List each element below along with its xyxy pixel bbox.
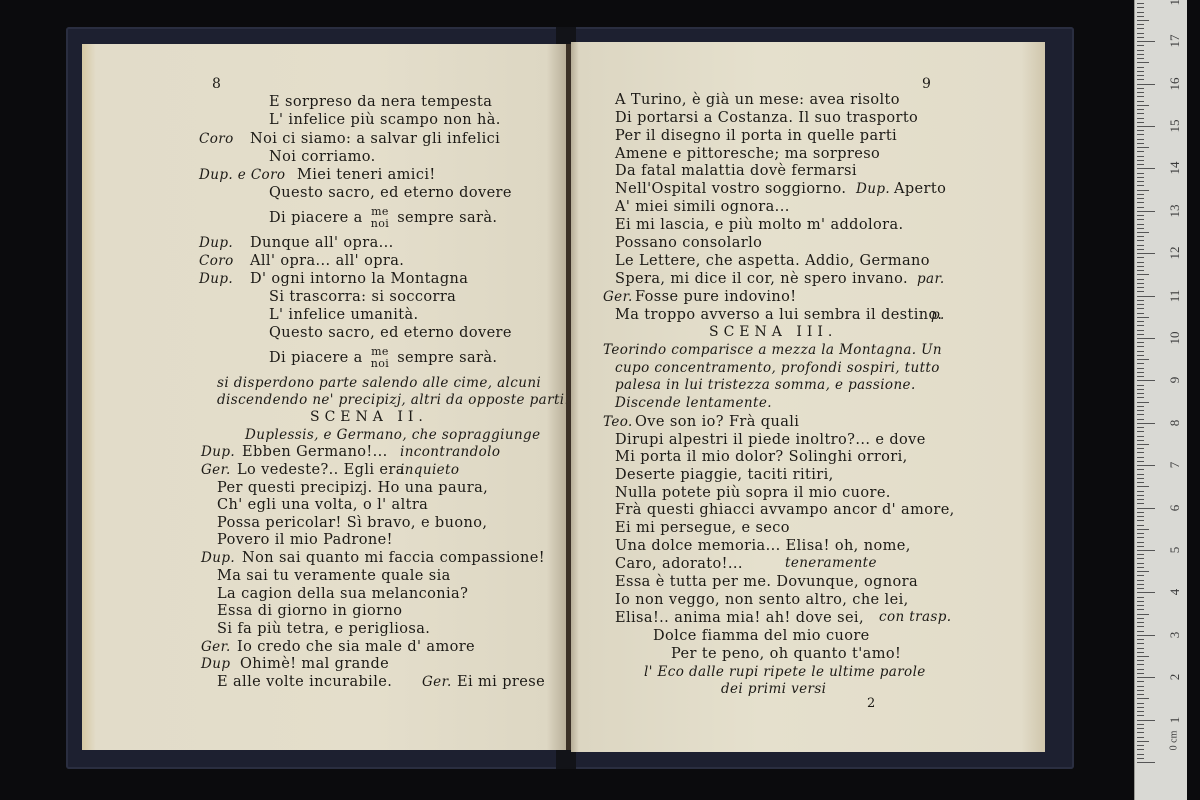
ruler-tick [1137, 130, 1144, 131]
verse-line: Aperto [894, 180, 946, 198]
ruler-tick [1137, 168, 1155, 169]
ruler-tick [1137, 207, 1144, 208]
ruler-number: 12 [1167, 243, 1183, 263]
speaker-label: Ger. [603, 288, 633, 306]
verse-line: Ove son io? Frà quali [635, 413, 799, 431]
ruler-tick [1137, 41, 1155, 42]
ruler-tick [1137, 3, 1144, 4]
ruler-number: 4 [1167, 582, 1183, 602]
ruler-tick [1137, 20, 1149, 21]
ruler-tick [1137, 389, 1144, 390]
ruler-tick [1137, 105, 1149, 106]
ruler-tick [1137, 741, 1149, 742]
ruler-tick [1137, 525, 1144, 526]
ruler-tick [1137, 185, 1144, 186]
ruler-tick [1137, 431, 1144, 432]
ruler-tick [1137, 372, 1144, 373]
verse-text: Di piacere a [269, 350, 363, 366]
verse-line: Io non veggo, non sento altro, che lei, [615, 591, 909, 609]
page-number: 9 [922, 76, 931, 92]
ruler-tick [1137, 7, 1144, 8]
ruler-tick [1137, 24, 1144, 25]
ruler-tick [1137, 448, 1144, 449]
ruler-tick [1137, 402, 1149, 403]
ruler-tick [1137, 266, 1144, 267]
stage-direction: inquieto [400, 461, 459, 479]
verse-line: Questo sacro, ed eterno dovere [269, 324, 512, 342]
ruler-tick [1137, 520, 1144, 521]
verse-line: Ei mi lascia, e più molto m' addolora. [615, 216, 904, 234]
ruler-tick [1137, 151, 1144, 152]
ruler-tick [1137, 232, 1149, 233]
ruler-tick [1137, 635, 1155, 636]
ruler-tick [1137, 533, 1144, 534]
ruler-tick [1137, 101, 1144, 102]
ruler-tick [1137, 728, 1144, 729]
ruler-tick [1137, 444, 1149, 445]
ruler-tick [1137, 601, 1144, 602]
ruler-tick [1137, 558, 1144, 559]
ruler-tick [1137, 537, 1144, 538]
ruler-number: 8 [1167, 413, 1183, 433]
ruler-tick [1137, 296, 1155, 297]
ruler-tick [1137, 465, 1155, 466]
ruler-tick [1137, 457, 1144, 458]
verse-line: L' infelice umanità. [269, 306, 419, 324]
page-number: 8 [212, 76, 221, 92]
speaker-label: Dup. [856, 180, 890, 198]
ruler-tick [1137, 690, 1144, 691]
ruler-tick [1137, 745, 1144, 746]
ruler-tick [1137, 707, 1144, 708]
verse-line: Caro, adorato!... [615, 555, 743, 573]
ruler-tick [1137, 380, 1155, 381]
ruler-tick [1137, 67, 1144, 68]
ruler-tick [1137, 423, 1155, 424]
right-page: 9 A Turino, è già un mese: avea risolto … [571, 42, 1045, 752]
verse-line: Le Lettere, che aspetta. Addio, Germano [615, 252, 930, 270]
signature-mark: 2 [867, 696, 875, 711]
ruler-number: 13 [1167, 201, 1183, 221]
ruler-tick [1137, 571, 1149, 572]
ruler-tick [1137, 126, 1155, 127]
ruler-tick [1137, 287, 1144, 288]
ruler-tick [1137, 614, 1149, 615]
ruler-tick [1137, 363, 1144, 364]
verse-line: Ebben Germano!... [242, 443, 388, 461]
verse-line: Una dolce memoria... Elisa! oh, nome, [615, 537, 911, 555]
ruler-tick [1137, 330, 1144, 331]
ruler-tick [1137, 321, 1144, 322]
verse-line: Io credo che sia male d' amore [237, 638, 475, 656]
speaker-label: Dup. [201, 549, 235, 567]
ruler-number: 3 [1167, 625, 1183, 645]
verse-line: Ma sai tu veramente quale sia [217, 567, 451, 585]
stage-direction: Teorindo comparisce a mezza la Montagna.… [603, 341, 942, 359]
stage-direction: palesa in lui tristezza somma, e passion… [615, 376, 916, 394]
ruler-unit-label: 0 cm [1169, 726, 1180, 756]
verse-line: Ch' egli una volta, o l' altra [217, 496, 428, 514]
verse-line: Da fatal malattia dovè fermarsi [615, 162, 857, 180]
verse-line: Di portarsi a Costanza. Il suo trasporto [615, 109, 918, 127]
ruler-number: 9 [1167, 370, 1183, 390]
ruler-tick [1137, 143, 1144, 144]
verse-line: Si trascorra: si soccorra [269, 288, 456, 306]
ruler-tick [1137, 211, 1155, 212]
verse-line: Possa pericolar! Sì bravo, e buono, [217, 514, 487, 532]
ruler-tick [1137, 92, 1144, 93]
ruler-tick [1137, 139, 1144, 140]
ruler-tick [1137, 274, 1149, 275]
ruler-tick [1137, 338, 1155, 339]
ruler-tick [1137, 240, 1144, 241]
ruler-tick [1137, 546, 1144, 547]
ruler-tick [1137, 491, 1144, 492]
ruler-tick [1137, 215, 1144, 216]
verse-line: Fosse pure indovino! [635, 288, 797, 306]
verse-line: E alle volte incurabile. [217, 673, 392, 691]
ruler-tick [1137, 669, 1144, 670]
ruler-tick [1137, 631, 1144, 632]
speaker-label: Dup. [199, 234, 233, 252]
verse-line: A' miei simili ognora... [615, 198, 790, 216]
stage-direction: p. [931, 306, 945, 324]
ruler-tick [1137, 452, 1144, 453]
ruler-tick [1137, 33, 1144, 34]
ruler-tick [1137, 317, 1149, 318]
ruler-tick [1137, 495, 1144, 496]
ruler-tick [1137, 300, 1144, 301]
ruler-tick [1137, 677, 1155, 678]
measuring-ruler: 0 cm 123456789101112131415161718 [1134, 0, 1187, 800]
ruler-tick [1137, 588, 1144, 589]
ruler-tick [1137, 406, 1144, 407]
ruler-tick [1137, 181, 1144, 182]
verse-line: Si fa più tetra, e perigliosa. [217, 620, 430, 638]
verse-text: Di piacere a [269, 210, 363, 226]
verse-line: Amene e pittoresche; ma sorpreso [615, 145, 880, 163]
ruler-tick [1137, 270, 1144, 271]
ruler-tick [1137, 508, 1155, 509]
ruler-tick [1137, 758, 1144, 759]
ruler-tick [1137, 516, 1144, 517]
scene-heading: SCENA II. [310, 408, 428, 426]
ruler-tick [1137, 219, 1144, 220]
verse-line: Per il disegno il porta in quelle parti [615, 127, 897, 145]
ruler-tick [1137, 156, 1144, 157]
ruler-tick [1137, 279, 1144, 280]
verse-line: Lo vedeste?.. Egli era [237, 461, 405, 479]
ruler-tick [1137, 584, 1144, 585]
ruler-tick [1137, 84, 1155, 85]
ruler-number: 14 [1167, 158, 1183, 178]
ruler-tick [1137, 118, 1144, 119]
verse-line: Essa è tutta per me. Dovunque, ognora [615, 573, 918, 591]
fraction: menoi [371, 206, 389, 230]
speaker-label: Dup. [199, 270, 233, 288]
ruler-tick [1137, 410, 1144, 411]
ruler-tick [1137, 563, 1144, 564]
ruler-tick [1137, 257, 1144, 258]
speaker-label: Dup. [201, 443, 235, 461]
ruler-number: 11 [1167, 286, 1183, 306]
ruler-tick [1137, 79, 1144, 80]
ruler-tick [1137, 160, 1144, 161]
ruler-tick [1137, 134, 1144, 135]
ruler-tick [1137, 58, 1144, 59]
ruler-tick [1137, 88, 1144, 89]
ruler-tick [1137, 737, 1144, 738]
ruler-tick [1137, 720, 1155, 721]
speaker-label: Coro [199, 252, 234, 270]
ruler-tick [1137, 622, 1144, 623]
ruler-tick [1137, 652, 1144, 653]
ruler-tick [1137, 605, 1144, 606]
ruler-tick [1137, 664, 1144, 665]
ruler-tick [1137, 503, 1144, 504]
ruler-tick [1137, 724, 1144, 725]
verse-line: Dolce fiamma del mio cuore [653, 627, 870, 645]
verse-line: Ohimè! mal grande [240, 655, 389, 673]
verse-line: Povero il mio Padrone! [217, 531, 393, 549]
verse-line: Elisa!.. anima mia! ah! dove sei, [615, 609, 864, 627]
verse-text: sempre sarà. [397, 210, 497, 226]
ruler-number: 1 [1167, 710, 1183, 730]
ruler-tick [1137, 686, 1144, 687]
verse-line: Noi corriamo. [269, 148, 376, 166]
ruler-tick [1137, 313, 1144, 314]
ruler-tick [1137, 592, 1155, 593]
stage-direction: dei primi versi [721, 680, 826, 698]
ruler-tick [1137, 37, 1144, 38]
ruler-tick [1137, 419, 1144, 420]
speaker-label: Teo. [603, 413, 633, 431]
stage-direction: cupo concentramento, profondi sospiri, t… [615, 359, 940, 377]
ruler-tick [1137, 393, 1144, 394]
ruler-tick [1137, 529, 1149, 530]
ruler-tick [1137, 28, 1144, 29]
verse-line: Essa di giorno in giorno [217, 602, 402, 620]
ruler-tick [1137, 749, 1144, 750]
ruler-tick [1137, 346, 1144, 347]
ruler-tick [1137, 397, 1144, 398]
speaker-label: Ger. [422, 673, 452, 691]
ruler-tick [1137, 16, 1144, 17]
ruler-tick [1137, 698, 1149, 699]
ruler-tick [1137, 660, 1144, 661]
ruler-tick [1137, 50, 1144, 51]
ruler-tick [1137, 550, 1155, 551]
ruler-tick [1137, 486, 1149, 487]
ruler-tick [1137, 351, 1144, 352]
ruler-number: 5 [1167, 540, 1183, 560]
ruler-tick [1137, 436, 1144, 437]
ruler-tick [1137, 236, 1144, 237]
ruler-tick [1137, 711, 1144, 712]
ruler-tick [1137, 291, 1144, 292]
ruler-tick [1137, 224, 1144, 225]
verse-line: All' opra... all' opra. [250, 252, 404, 270]
fraction: menoi [371, 346, 389, 370]
ruler-tick [1137, 554, 1144, 555]
ruler-tick [1137, 474, 1144, 475]
ruler-number: 17 [1167, 31, 1183, 51]
ruler-tick [1137, 368, 1144, 369]
stage-direction: Duplessis, e Germano, che sopraggiunge [245, 426, 540, 444]
ruler-tick [1137, 626, 1144, 627]
ruler-tick [1137, 673, 1144, 674]
verse-line: Nell'Ospital vostro soggiorno. [615, 180, 846, 198]
verse-line: Deserte piaggie, taciti ritiri, [615, 466, 834, 484]
ruler-tick [1137, 147, 1149, 148]
ruler-tick [1137, 62, 1149, 63]
speaker-label: Coro [199, 130, 234, 148]
verse-line: Dunque all' opra... [250, 234, 394, 252]
ruler-tick [1137, 567, 1144, 568]
ruler-tick [1137, 681, 1144, 682]
ruler-tick [1137, 190, 1149, 191]
stage-direction: con trasp. [879, 608, 951, 626]
ruler-tick [1137, 580, 1144, 581]
verse-line: Mi porta il mio dolor? Solinghi orrori, [615, 448, 908, 466]
verse-text: sempre sarà. [397, 350, 497, 366]
verse-line: A Turino, è già un mese: avea risolto [615, 91, 900, 109]
ruler-tick [1137, 597, 1144, 598]
ruler-tick [1137, 512, 1144, 513]
left-page: 8 E sorpreso da nera tempesta L' infelic… [82, 44, 566, 750]
ruler-tick [1137, 253, 1155, 254]
speaker-label: Ger. [201, 638, 231, 656]
ruler-tick [1137, 542, 1144, 543]
ruler-tick [1137, 461, 1144, 462]
ruler-tick [1137, 54, 1144, 55]
ruler-tick [1137, 648, 1144, 649]
stage-direction: si disperdono parte salendo alle cime, a… [217, 374, 541, 392]
stage-direction: teneramente [785, 554, 877, 572]
ruler-tick [1137, 262, 1144, 263]
ruler-tick [1137, 715, 1144, 716]
ruler-tick [1137, 177, 1144, 178]
ruler-tick [1137, 376, 1144, 377]
verse-line: Per questi precipizj. Ho una paura, [217, 479, 488, 497]
ruler-tick [1137, 656, 1149, 657]
stage-direction: Discende lentamente. [615, 394, 772, 412]
ruler-tick [1137, 639, 1144, 640]
ruler-tick [1137, 762, 1155, 763]
scene-heading: SCENA III. [709, 323, 837, 341]
ruler-tick [1137, 334, 1144, 335]
ruler-tick [1137, 202, 1144, 203]
ruler-tick [1137, 732, 1144, 733]
ruler-tick [1137, 245, 1144, 246]
ruler-tick [1137, 359, 1149, 360]
ruler-tick [1137, 643, 1144, 644]
speaker-label: Dup [201, 655, 230, 673]
ruler-tick [1137, 304, 1144, 305]
ruler-tick [1137, 71, 1144, 72]
ruler-tick [1137, 308, 1144, 309]
ruler-number: 10 [1167, 328, 1183, 348]
stage-direction: incontrandolo [400, 443, 500, 461]
speaker-label: Ger. [201, 461, 231, 479]
verse-line: Di piacere a menoi sempre sarà. [269, 206, 497, 230]
stage-direction: par. [917, 270, 945, 288]
verse-line: Ei mi persegue, e seco [615, 519, 790, 537]
verse-line: D' ogni intorno la Montagna [250, 270, 468, 288]
verse-line: Spera, mi dice il cor, nè spero invano. [615, 270, 908, 288]
ruler-tick [1137, 427, 1144, 428]
ruler-tick [1137, 96, 1144, 97]
verse-line: Ma troppo avverso a lui sembra il destin… [615, 306, 942, 324]
ruler-tick [1137, 325, 1144, 326]
ruler-number: 6 [1167, 498, 1183, 518]
ruler-tick [1137, 228, 1144, 229]
ruler-tick [1137, 694, 1144, 695]
verse-line: Per te peno, oh quanto t'amo! [671, 645, 901, 663]
ruler-tick [1137, 478, 1144, 479]
ruler-tick [1137, 754, 1144, 755]
ruler-tick [1137, 703, 1144, 704]
ruler-tick [1137, 12, 1144, 13]
ruler-tick [1137, 355, 1144, 356]
verse-line: Noi ci siamo: a salvar gli infelici [250, 130, 500, 148]
stage-direction: discendendo ne' precipizj, altri da oppo… [217, 391, 569, 409]
ruler-tick [1137, 173, 1144, 174]
ruler-tick [1137, 342, 1144, 343]
ruler-tick [1137, 109, 1144, 110]
verse-line: E sorpreso da nera tempesta [269, 93, 492, 111]
verse-line: La cagion della sua melanconia? [217, 585, 468, 603]
ruler-tick [1137, 414, 1144, 415]
verse-line: Di piacere a menoi sempre sarà. [269, 346, 497, 370]
ruler-number: 15 [1167, 116, 1183, 136]
verse-line: L' infelice più scampo non hà. [269, 111, 501, 129]
speaker-label: Dup. e Coro [199, 166, 285, 184]
frac-bottom: noi [371, 217, 389, 230]
verse-line: Dirupi alpestri il piede inoltro?... e d… [615, 431, 926, 449]
ruler-tick [1137, 469, 1144, 470]
ruler-tick [1137, 499, 1144, 500]
ruler-tick [1137, 283, 1144, 284]
ruler-tick [1137, 122, 1144, 123]
ruler-tick [1137, 198, 1144, 199]
ruler-tick [1137, 45, 1144, 46]
ruler-tick [1137, 440, 1144, 441]
ruler-tick [1137, 113, 1144, 114]
ruler-tick [1137, 385, 1144, 386]
ruler-number: 7 [1167, 455, 1183, 475]
verse-line: Ei mi prese [457, 673, 545, 691]
verse-line: Miei teneri amici! [297, 166, 436, 184]
ruler-number: 18 [1167, 0, 1183, 9]
verse-line: Possano consolarlo [615, 234, 762, 252]
ruler-tick [1137, 164, 1144, 165]
verse-line: Questo sacro, ed eterno dovere [269, 184, 512, 202]
verse-line: Non sai quanto mi faccia compassione! [242, 549, 545, 567]
frac-bottom: noi [371, 357, 389, 370]
ruler-tick [1137, 194, 1144, 195]
ruler-tick [1137, 609, 1144, 610]
verse-line: Frà questi ghiacci avvampo ancor d' amor… [615, 501, 955, 519]
verse-line: Nulla potete più sopra il mio cuore. [615, 484, 891, 502]
ruler-tick [1137, 482, 1144, 483]
stage-direction: l' Eco dalle rupi ripete le ultime parol… [644, 663, 926, 681]
ruler-tick [1137, 75, 1144, 76]
ruler-tick [1137, 249, 1144, 250]
ruler-number: 2 [1167, 667, 1183, 687]
ruler-number: 16 [1167, 74, 1183, 94]
ruler-tick [1137, 618, 1144, 619]
